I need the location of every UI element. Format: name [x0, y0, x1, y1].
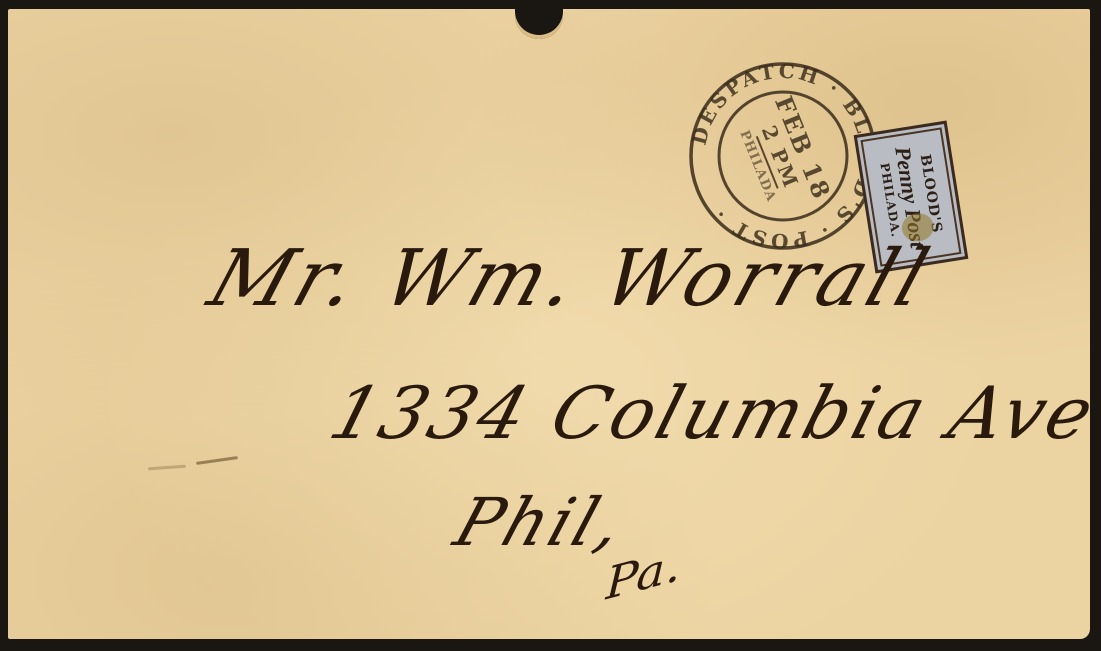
address-city: Phil, [445, 484, 635, 561]
address-street: 1334 Columbia Avenue [321, 371, 1090, 455]
address-state: Pa. [605, 538, 682, 609]
envelope: DESPATCH · BLOOD'S · POST · FEB 18 2 PM … [8, 9, 1090, 639]
addressee-name: Mr. Wm. Worrall [198, 234, 942, 324]
ink-mark [148, 465, 186, 471]
postmark: DESPATCH · BLOOD'S · POST · FEB 18 2 PM … [688, 61, 878, 251]
envelope-notch [515, 9, 563, 39]
ink-mark [196, 456, 238, 465]
